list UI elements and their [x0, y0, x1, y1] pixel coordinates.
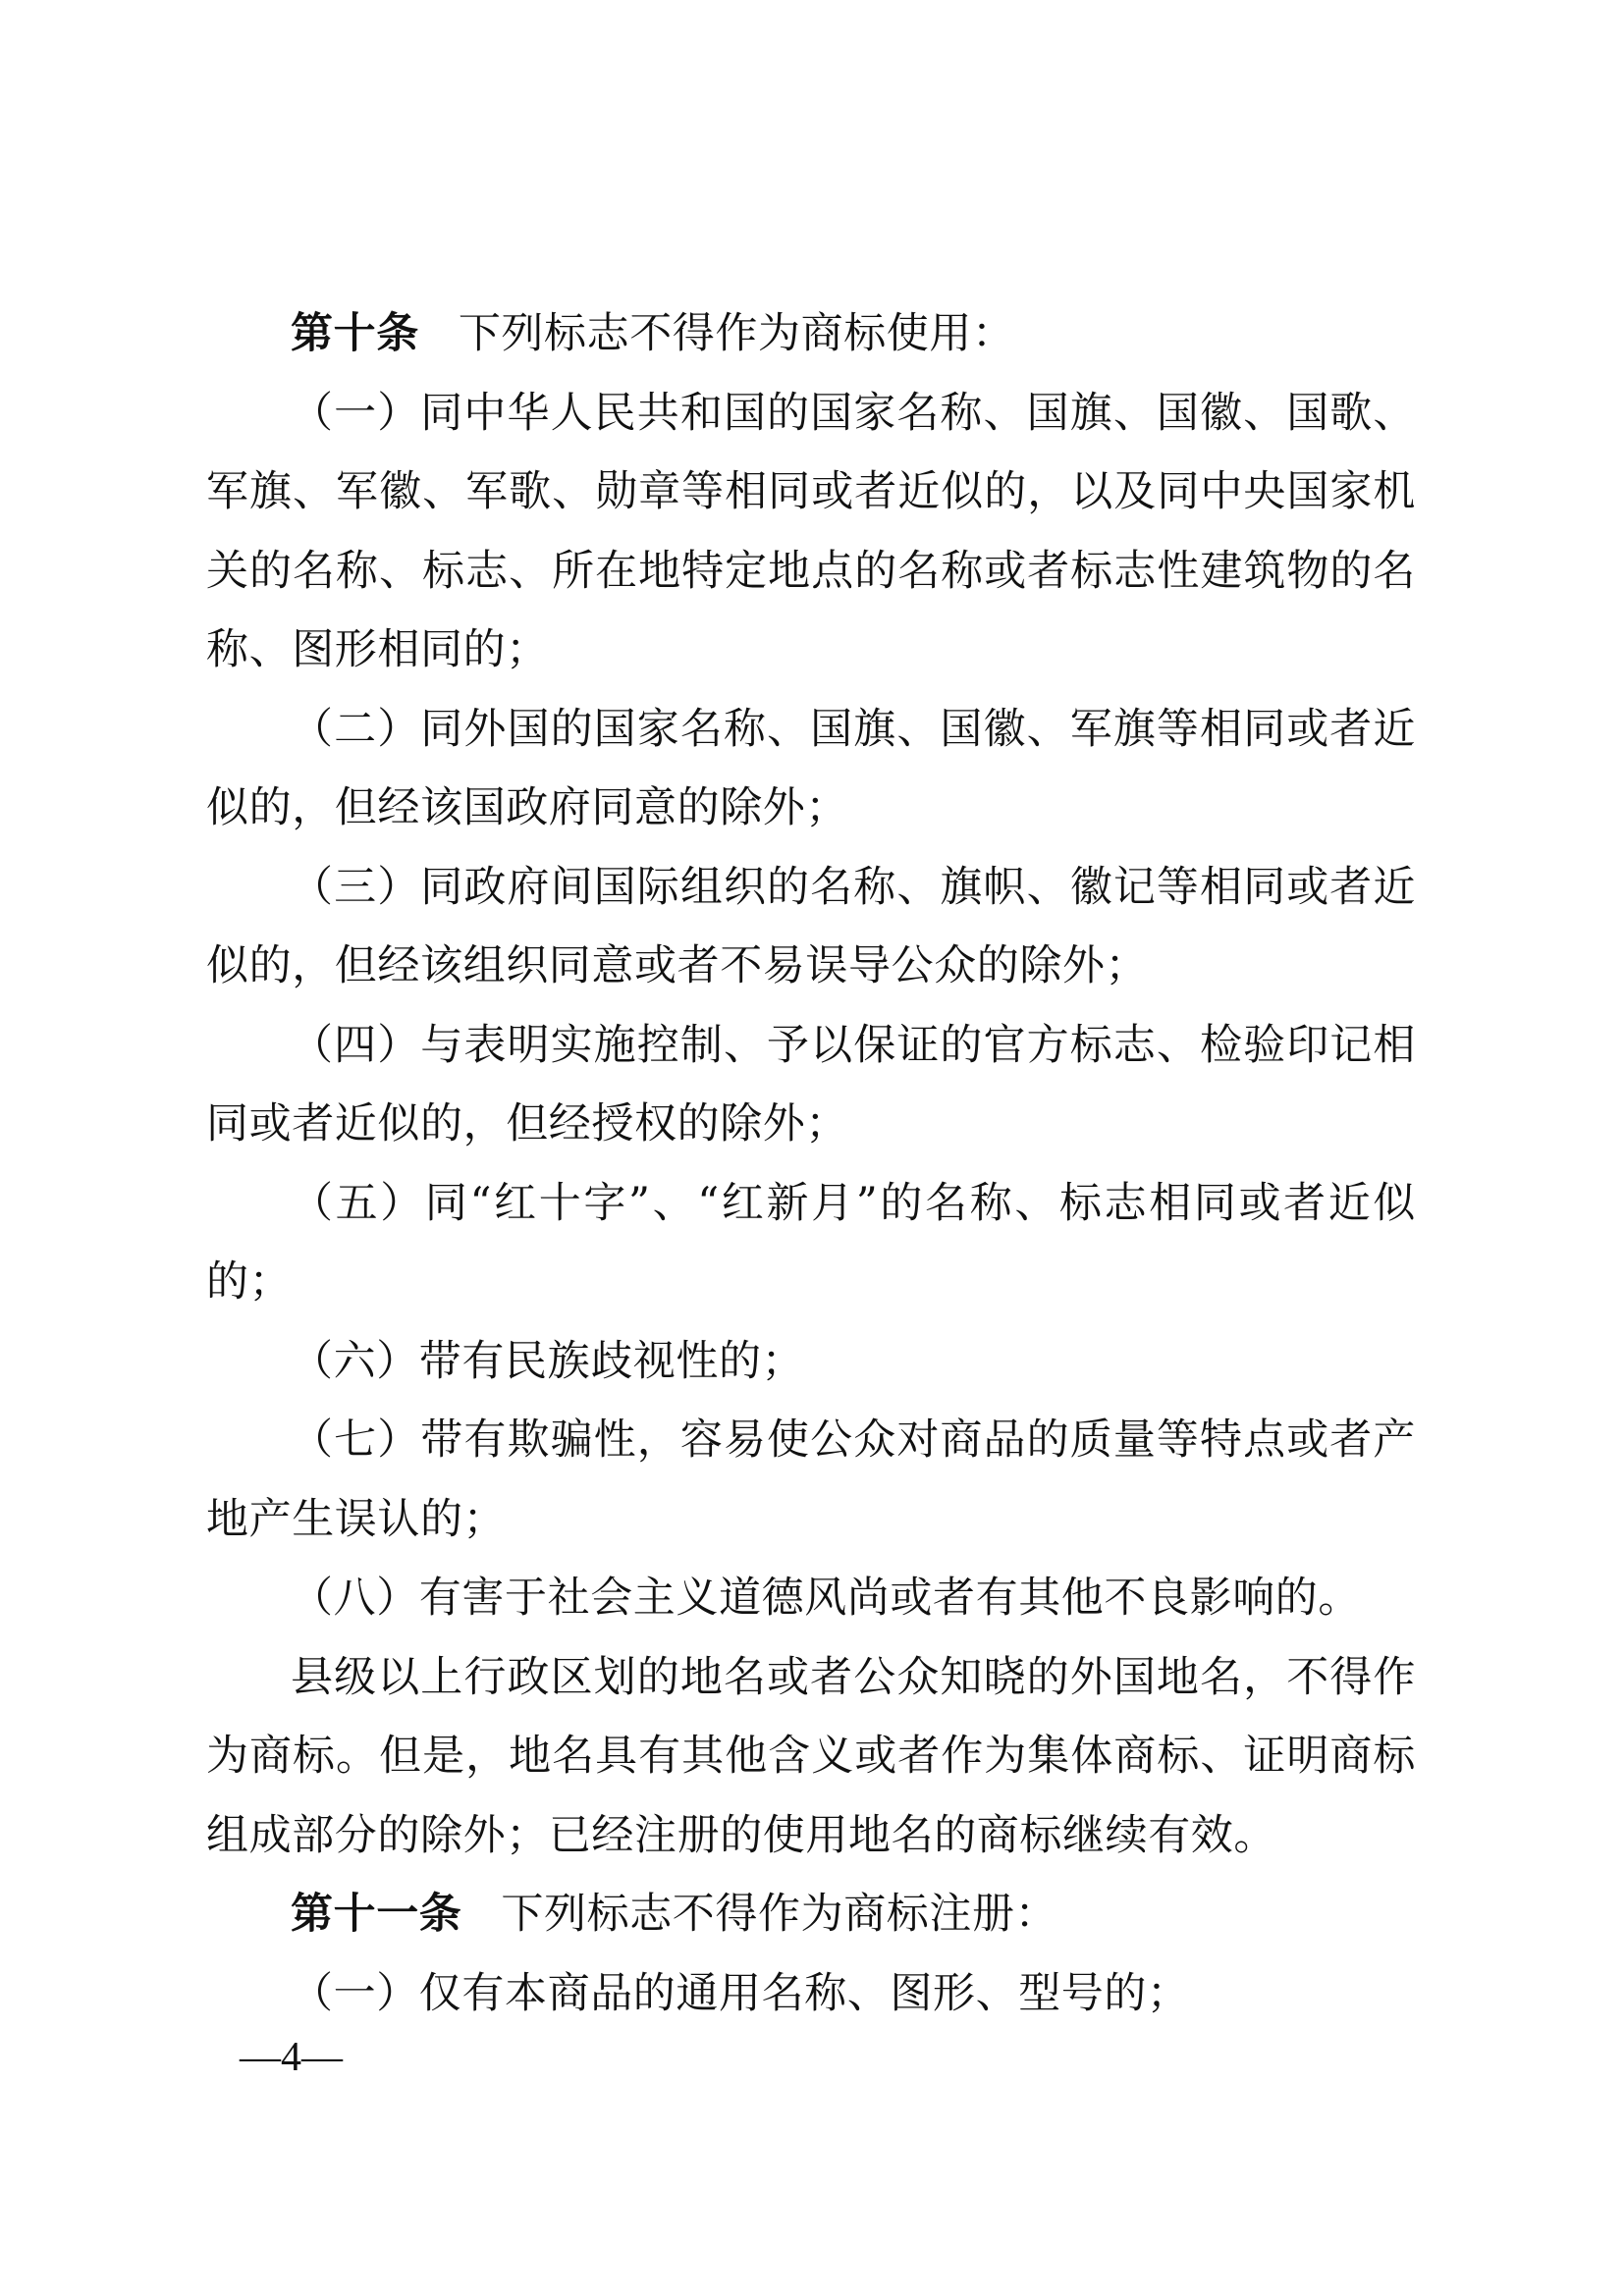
document-page: 第十条下列标志不得作为商标使用： （一）同中华人民共和国的国家名称、国旗、国徽、…: [206, 294, 1416, 2033]
article-11-heading: 第十一条: [291, 1890, 461, 1939]
page-number: —4—: [240, 2034, 343, 2081]
article-11-intro-text: 下列标志不得作为商标注册：: [501, 1890, 1057, 1939]
article-10-item-7: （七）带有欺骗性，容易使公众对商品的质量等特点或者产地产生误认的；: [206, 1401, 1416, 1559]
article-10-item-3: （三）同政府间国际组织的名称、旗帜、徽记等相同或者近似的，但经该组织同意或者不易…: [206, 848, 1416, 1006]
article-10-item-8: （八）有害于社会主义道德风尚或者有其他不良影响的。: [206, 1559, 1416, 1638]
article-10-intro-text: 下列标志不得作为商标使用：: [459, 309, 1015, 358]
article-11-item-1: （一）仅有本商品的通用名称、图形、型号的；: [206, 1954, 1416, 2034]
article-11-intro: 第十一条下列标志不得作为商标注册：: [206, 1875, 1416, 1954]
article-10-heading: 第十条: [291, 309, 419, 358]
article-10-closing: 县级以上行政区划的地名或者公众知晓的外国地名，不得作为商标。但是，地名具有其他含…: [206, 1638, 1416, 1876]
article-10-item-4: （四）与表明实施控制、予以保证的官方标志、检验印记相同或者近似的，但经授权的除外…: [206, 1006, 1416, 1164]
article-10-item-6: （六）带有民族歧视性的；: [206, 1322, 1416, 1402]
article-10-intro: 第十条下列标志不得作为商标使用：: [206, 294, 1416, 374]
article-10-item-5: （五）同“红十字”、“红新月”的名称、标志相同或者近似的；: [206, 1164, 1416, 1322]
article-10-item-2: （二）同外国的国家名称、国旗、国徽、军旗等相同或者近似的，但经该国政府同意的除外…: [206, 690, 1416, 848]
article-10-item-1: （一）同中华人民共和国的国家名称、国旗、国徽、国歌、军旗、军徽、军歌、勋章等相同…: [206, 374, 1416, 690]
